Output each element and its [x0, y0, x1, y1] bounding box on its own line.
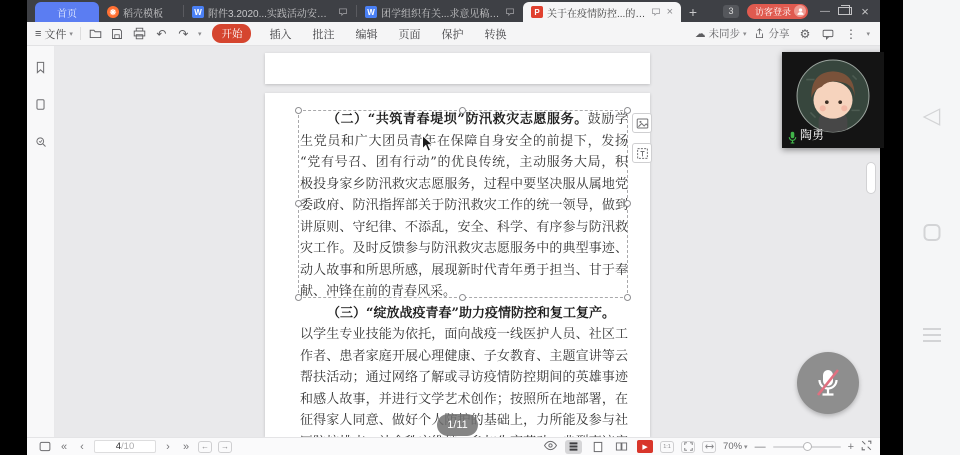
fit-page-button[interactable]: [681, 441, 695, 453]
image-icon: [636, 117, 649, 130]
doc-line: （三）“绽放战疫青春”助力疫情防控和复工复产。: [300, 303, 628, 325]
two-page-mode-button[interactable]: [613, 440, 630, 454]
first-page-button[interactable]: «: [58, 441, 70, 453]
open-folder-icon[interactable]: [88, 26, 103, 41]
next-view-button[interactable]: →: [218, 441, 232, 453]
redo-icon[interactable]: ↷: [176, 26, 191, 41]
toolbar: ≡ 文件 ▾ ↶ ↷ ▾ 开始 插入 批注 编辑 页面 保护 转换 ☁ 未同步 …: [27, 22, 880, 46]
menu-protect[interactable]: 保护: [434, 26, 470, 42]
chat-bubble-icon: [651, 7, 661, 17]
play-icon: ▶: [642, 443, 647, 451]
save-icon[interactable]: [110, 26, 125, 41]
bookmark-icon[interactable]: [33, 60, 48, 75]
doc-line: 生党员和广大团员青年在保障自身安全的前提下，发扬: [300, 131, 628, 153]
actual-size-button[interactable]: 1:1: [660, 441, 674, 453]
participant-name-row: 陶勇: [787, 124, 824, 144]
more-options-icon[interactable]: ⋮: [843, 26, 858, 41]
search-icon[interactable]: [33, 134, 48, 149]
wps-app-window: 首页 ❋ 稻壳模板 W 附件3.2020...实践活动安全须知 W 团学组织有关…: [27, 0, 880, 455]
close-window-button[interactable]: ×: [858, 4, 872, 19]
writer-icon: W: [192, 6, 204, 18]
doc-line: 帮扶活动；通过网络了解或寻访疫情防控期间的英雄事迹: [300, 367, 628, 389]
status-right-group: ▶ 1:1 70% ▾ — +: [543, 440, 872, 454]
sync-status-button[interactable]: ☁ 未同步 ▾: [695, 26, 747, 41]
page-number-input[interactable]: 4 /10: [94, 440, 156, 453]
phone-screen: 首页 ❋ 稻壳模板 W 附件3.2020...实践活动安全须知 W 团学组织有关…: [0, 0, 960, 455]
share-button[interactable]: 分享: [754, 26, 789, 41]
undo-icon[interactable]: ↶: [154, 26, 169, 41]
next-page-button[interactable]: ›: [162, 441, 174, 453]
guest-login-button[interactable]: 访客登录: [747, 4, 808, 19]
doc-line: 作者、患者家庭开展心理健康、子女教育、主题宣讲等云: [300, 346, 628, 368]
last-page-button[interactable]: »: [180, 441, 192, 453]
share-icon: [754, 28, 765, 39]
para2-heading: （二）“共筑青春堤坝”防汛救灾志愿服务。: [327, 112, 588, 127]
android-recents-button[interactable]: [923, 328, 941, 342]
chat-bubble-icon: [505, 7, 515, 17]
play-slideshow-button[interactable]: ▶: [637, 440, 653, 453]
pdf-icon: P: [531, 6, 543, 18]
menu-comment[interactable]: 批注: [305, 26, 341, 42]
para3-heading: （三）“绽放战疫青春”助力疫情防控和复工复产。: [327, 306, 615, 321]
slide-progress-badge: 1/11: [437, 414, 478, 436]
tab-docer-templates[interactable]: ❋ 稻壳模板: [99, 2, 183, 22]
new-tab-button[interactable]: +: [681, 2, 705, 22]
file-menu-label: 文件: [44, 26, 66, 42]
previous-page-button[interactable]: ‹: [76, 441, 88, 453]
doc-line: 动人故事和所思所感，展现新时代青年勇于担当、甘于奉: [300, 260, 628, 282]
docer-icon: ❋: [107, 6, 119, 18]
minimize-button[interactable]: —: [818, 6, 832, 17]
avatar-icon: [794, 5, 806, 17]
start-ribbon-tab[interactable]: 开始: [212, 24, 251, 43]
android-back-button[interactable]: ◁: [923, 102, 941, 129]
total-pages: /10: [121, 441, 134, 452]
menu-convert[interactable]: 转换: [477, 26, 513, 42]
fullscreen-icon[interactable]: [861, 440, 872, 454]
tab-bar: 首页 ❋ 稻壳模板 W 附件3.2020...实践活动安全须知 W 团学组织有关…: [27, 0, 880, 22]
mic-muted-icon: [813, 366, 843, 400]
para2-lead-rest: 鼓励学: [588, 112, 628, 127]
zoom-slider-handle[interactable]: [803, 442, 812, 451]
doc-line: “党有号召、团有行动”的优良传统，主动服务大局，积: [300, 152, 628, 174]
tab-close-icon[interactable]: ×: [667, 6, 673, 18]
tab-document-2-label: 团学组织有关...求意见稿汇编: [381, 5, 501, 20]
mute-microphone-button[interactable]: [797, 352, 859, 414]
scrollbar-thumb[interactable]: [866, 162, 876, 194]
previous-page-bottom: [265, 53, 650, 84]
chevron-down-icon: ▾: [743, 30, 747, 38]
tab-document-1[interactable]: W 附件3.2020...实践活动安全须知: [184, 2, 356, 22]
doc-line: 以学生专业技能为依托，面向战疫一线医护人员、社区工: [300, 324, 628, 346]
textbox-icon: [636, 147, 649, 160]
slide-progress-value: 1/11: [447, 419, 468, 431]
doc-line: 极投身家乡防汛救灾志愿服务，过程中要坚决服从属地党: [300, 174, 628, 196]
more-commands-icon[interactable]: ▾: [198, 30, 202, 38]
zoom-level-button[interactable]: 70% ▾: [723, 441, 748, 452]
single-page-mode-button[interactable]: [589, 440, 606, 454]
tab-docer-label: 稻壳模板: [123, 5, 163, 20]
chat-bubble-icon: [338, 7, 348, 17]
fit-width-button[interactable]: [702, 441, 716, 453]
window-controls: — ×: [818, 4, 872, 19]
android-home-button[interactable]: [923, 224, 940, 241]
window-count-badge[interactable]: 3: [723, 5, 739, 18]
doc-line: （二）“共筑青春堤坝”防汛救灾志愿服务。鼓励学: [300, 109, 628, 131]
pdf-page[interactable]: （二）“共筑青春堤坝”防汛救灾志愿服务。鼓励学 生党员和广大团员青年在保障自身安…: [265, 93, 650, 437]
android-nav-bar: ◁: [903, 0, 960, 455]
previous-view-button[interactable]: ←: [198, 441, 212, 453]
menu-edit[interactable]: 编辑: [348, 26, 384, 42]
collapse-toolbar-icon[interactable]: ▾: [866, 30, 870, 38]
insert-textbox-button[interactable]: [632, 143, 652, 163]
menu-page[interactable]: 页面: [391, 26, 427, 42]
sync-status-label: 未同步: [708, 26, 740, 41]
hamburger-icon: ≡: [35, 28, 41, 40]
document-area[interactable]: （二）“共筑青春堤坝”防汛救灾志愿服务。鼓励学 生党员和广大团员青年在保障自身安…: [55, 46, 880, 437]
toolbar-divider: [80, 27, 81, 40]
chevron-down-icon: ▾: [744, 443, 748, 451]
doc-line: 委政府、防汛指挥部关于防汛救灾工作的统一领导，做到: [300, 195, 628, 217]
feedback-icon[interactable]: [820, 26, 835, 41]
share-label: 分享: [768, 26, 789, 41]
continuous-scroll-mode-button[interactable]: [565, 440, 582, 454]
eye-protection-icon[interactable]: [543, 440, 558, 454]
main-area: （二）“共筑青春堤坝”防汛救灾志愿服务。鼓励学 生党员和广大团员青年在保障自身安…: [27, 46, 880, 437]
tab-pdf-label: 关于在疫情防控...的通知.pdf: [547, 5, 647, 20]
zoom-in-button[interactable]: +: [848, 441, 854, 453]
doc-line: 灾工作。及时反馈参与防汛救灾志愿服务中的典型事迹、: [300, 238, 628, 260]
participant-avatar: [796, 59, 870, 133]
toolbar-right-group: ☁ 未同步 ▾ 分享 ⚙ ⋮ ▾: [695, 26, 870, 41]
tab-pdf-active[interactable]: P 关于在疫情防控...的通知.pdf ×: [523, 2, 681, 22]
writer-icon: W: [365, 6, 377, 18]
cloud-icon: ☁: [695, 28, 706, 40]
zoom-slider[interactable]: [773, 446, 841, 448]
mic-on-icon: [787, 131, 798, 144]
zoom-level-value: 70%: [723, 441, 742, 452]
tab-home[interactable]: 首页: [35, 2, 99, 22]
participant-video-tile[interactable]: 陶勇: [782, 52, 884, 148]
tab-document-1-label: 附件3.2020...实践活动安全须知: [208, 5, 334, 20]
left-sidebar: [27, 46, 55, 437]
status-bar: « ‹ 4 /10 › » ← → ▶ 1:1 70% ▾: [27, 437, 880, 455]
zoom-out-button[interactable]: —: [755, 441, 766, 453]
doc-line: 献、冲锋在前的青春风采。: [300, 281, 628, 303]
thumbnail-icon[interactable]: [33, 97, 48, 112]
doc-line: 和感人故事，并进行文学艺术创作；按照所在地部署，在: [300, 389, 628, 411]
gear-icon[interactable]: ⚙: [797, 26, 812, 41]
chevron-down-icon: ▾: [69, 30, 73, 38]
restore-button[interactable]: [838, 7, 852, 15]
tab-document-2[interactable]: W 团学组织有关...求意见稿汇编: [357, 2, 523, 22]
doc-line: 讲原则、守纪律、不添乱，安全、科学、有序参与防汛救: [300, 217, 628, 239]
guest-login-label: 访客登录: [755, 5, 791, 18]
print-icon[interactable]: [132, 26, 147, 41]
page-panel-icon[interactable]: [37, 439, 52, 454]
tab-home-label: 首页: [57, 5, 77, 20]
menu-insert[interactable]: 插入: [262, 26, 298, 42]
participant-name: 陶勇: [800, 126, 824, 143]
file-menu-button[interactable]: ≡ 文件 ▾: [35, 26, 73, 42]
insert-image-button[interactable]: [632, 113, 652, 133]
